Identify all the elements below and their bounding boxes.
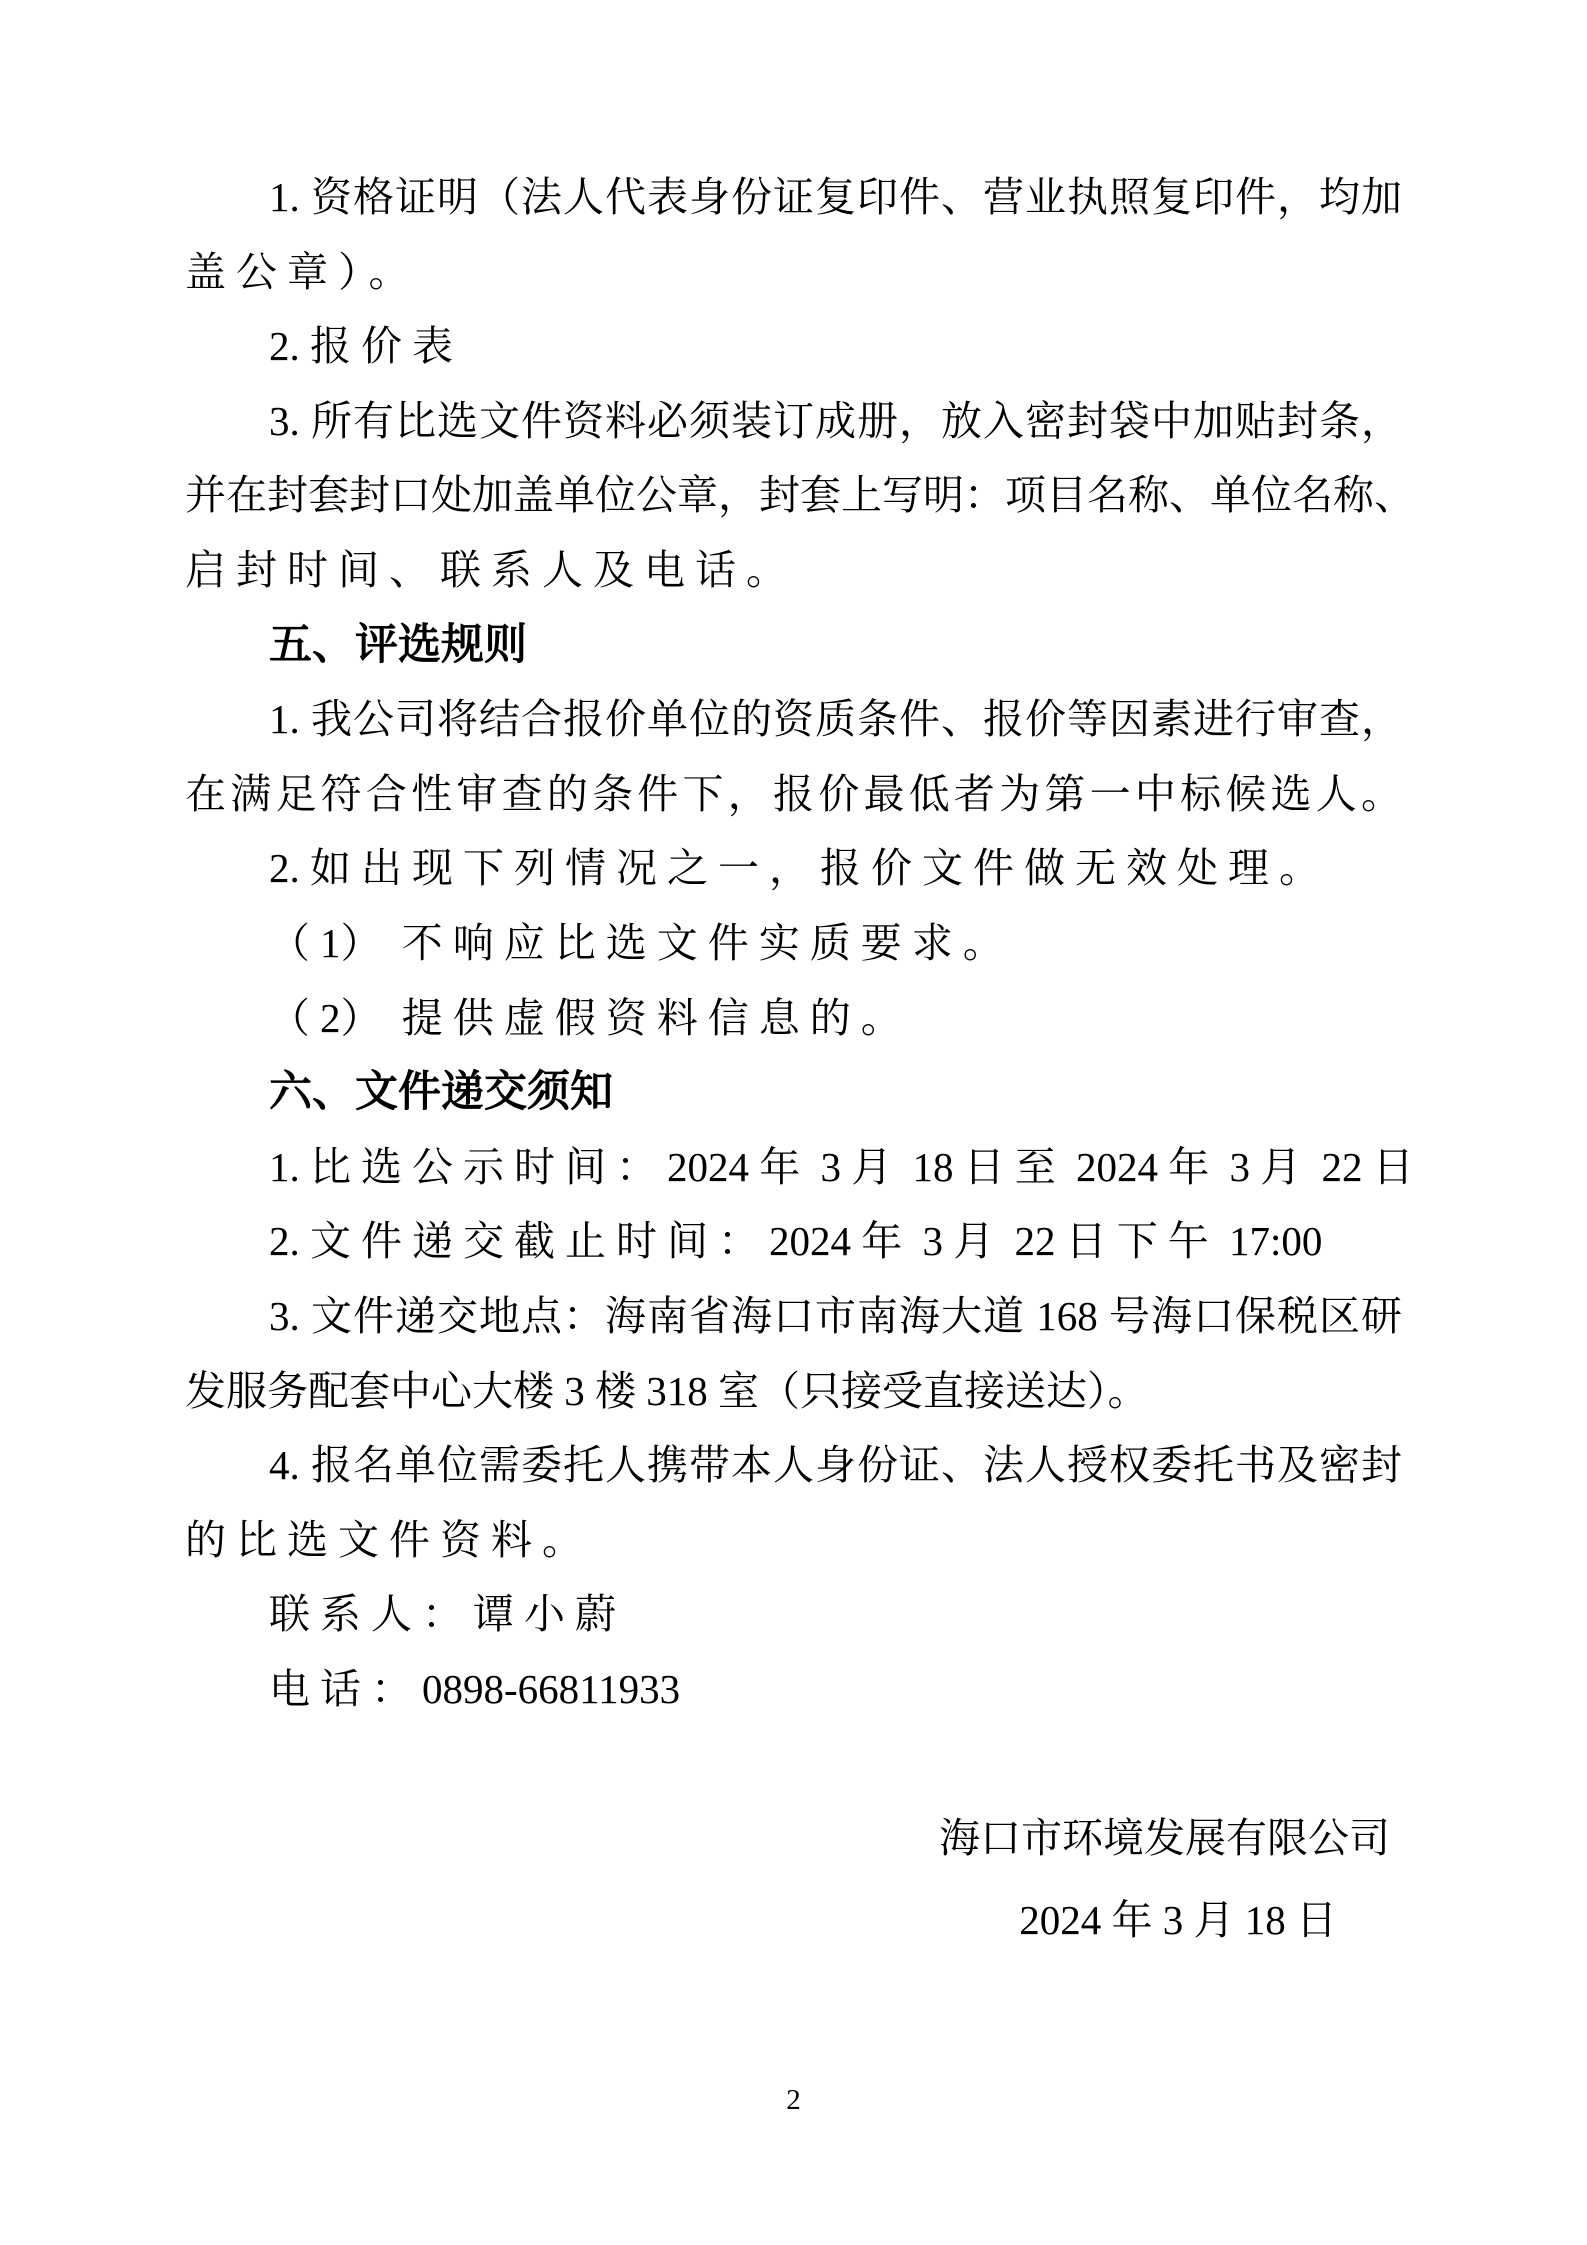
body-line-qualification-end: 盖公章）。: [185, 235, 1402, 310]
page-number: 2: [0, 2082, 1587, 2118]
company-signature: 海口市环境发展有限公司: [185, 1801, 1402, 1876]
body-line-review-1: 1. 我公司将结合报价单位的资质条件、报价等因素进行审查，: [185, 682, 1402, 757]
body-line-binding-1: 3. 所有比选文件资料必须装订成册，放入密封袋中加贴封条，: [185, 384, 1402, 459]
body-line-invalid-intro: 2. 如出现下列情况之一，报价文件做无效处理。: [185, 831, 1402, 906]
contact-phone-line: 电话：0898-66811933: [185, 1652, 1402, 1727]
section-5-heading: 五、评选规则: [185, 608, 1402, 683]
body-line-publicity-time: 1. 比选公示时间：2024 年 3 月 18 日至 2024 年 3 月 22…: [185, 1130, 1402, 1205]
body-line-invalid-item-2: （2） 提供虚假资料信息的。: [185, 981, 1402, 1056]
body-line-review-2: 在满足符合性审查的条件下，报价最低者为第一中标候选人。: [185, 757, 1402, 832]
document-body: 1. 资格证明（法人代表身份证复印件、营业执照复印件，均加 盖公章）。 2. 报…: [185, 160, 1402, 1957]
body-line-binding-2: 并在封套封口处加盖单位公章，封套上写明：项目名称、单位名称、: [185, 458, 1402, 533]
body-line-quote-table: 2. 报价表: [185, 309, 1402, 384]
contact-person-line: 联系人：谭小蔚: [185, 1577, 1402, 1652]
body-line-delegate-2: 的比选文件资料。: [185, 1503, 1402, 1578]
body-line-address-1: 3. 文件递交地点：海南省海口市南海大道 168 号海口保税区研: [185, 1279, 1402, 1354]
body-line-binding-3: 启封时间、联系人及电话。: [185, 533, 1402, 608]
body-line-delegate-1: 4. 报名单位需委托人携带本人身份证、法人授权委托书及密封: [185, 1428, 1402, 1503]
body-line-deadline: 2. 文件递交截止时间：2024 年 3 月 22 日下午 17:00: [185, 1204, 1402, 1279]
document-page: 1. 资格证明（法人代表身份证复印件、营业执照复印件，均加 盖公章）。 2. 报…: [0, 0, 1587, 2245]
body-line-address-2: 发服务配套中心大楼 3 楼 318 室（只接受直接送达）。: [185, 1354, 1402, 1429]
signature-date: 2024 年 3 月 18 日: [185, 1883, 1402, 1958]
body-line-invalid-item-1: （1） 不响应比选文件实质要求。: [185, 906, 1402, 981]
blank-line: [185, 1726, 1402, 1801]
section-6-heading: 六、文件递交须知: [185, 1055, 1402, 1130]
body-line-qualification: 1. 资格证明（法人代表身份证复印件、营业执照复印件，均加: [185, 160, 1402, 235]
